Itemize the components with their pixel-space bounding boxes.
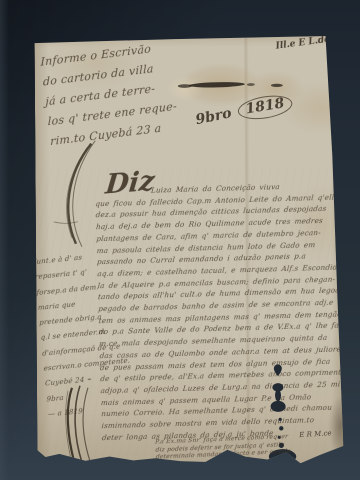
date-year: 1818 <box>236 92 294 123</box>
corner-note: Ill.e E L.do <box>275 35 331 52</box>
ink-smear <box>155 78 295 93</box>
date-flourish: 9bro 1818 <box>194 91 295 132</box>
header-note: Informe o Escrivão do cartorio da villa … <box>39 37 180 152</box>
pen-flourish <box>51 138 100 248</box>
paraph-rubric <box>61 385 98 465</box>
main-text: Luiza Maria da Conceição viuva que ficou… <box>95 179 346 443</box>
date-month: 9bro <box>194 105 233 128</box>
photo-background: Ill.e E L.do Informe o Escrivão do carto… <box>0 0 360 480</box>
manuscript-paper: Ill.e E L.do Informe o Escrivão do carto… <box>35 36 344 465</box>
